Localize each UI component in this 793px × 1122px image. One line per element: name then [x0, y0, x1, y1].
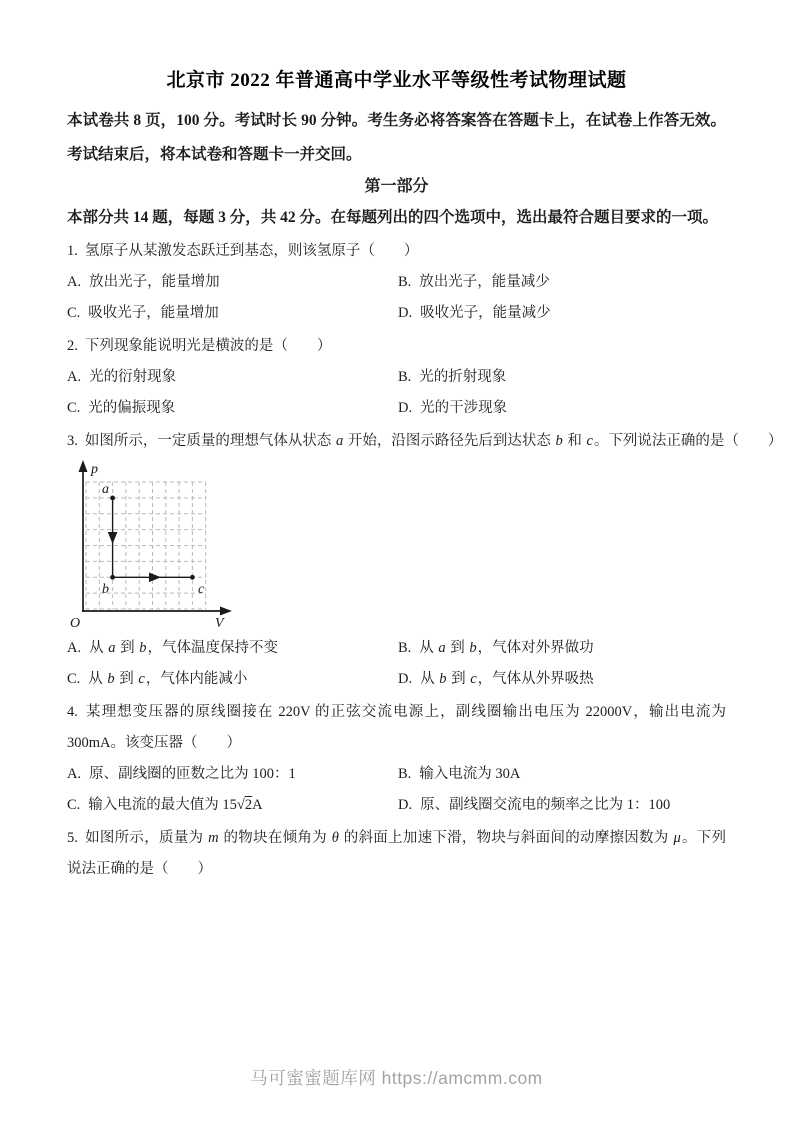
question-2-option-b: B.光的折射现象	[398, 362, 726, 393]
question-4-options: A.原、副线圈的匝数之比为 100：1 B.输入电流为 30A C.输入电流的最…	[67, 759, 726, 821]
question-1-options: A.放出光子，能量增加 B.放出光子，能量减少 C.吸收光子，能量增加 D.吸收…	[67, 267, 726, 329]
pv-point-c	[190, 575, 195, 580]
pv-diagram: p V O a b c	[69, 459, 244, 631]
question-1-stem: 1.氢原子从某激发态跃迁到基态，则该氢原子（ ）	[67, 236, 726, 267]
footer-watermark: 马可蜜蜜题库网 https://amcmm.com	[0, 1066, 793, 1090]
question-2: 2.下列现象能说明光是横波的是（ ） A.光的衍射现象 B.光的折射现象 C.光…	[67, 331, 726, 424]
question-2-text: 下列现象能说明光是横波的是（ ）	[85, 338, 332, 354]
question-3: 3.如图所示，一定质量的理想气体从状态 a 开始，沿图示路径先后到达状态 b 和…	[67, 426, 726, 695]
question-2-option-d: D.光的干涉现象	[398, 393, 726, 424]
question-4-option-d: D.原、副线圈交流电的频率之比为 1：100	[398, 790, 726, 821]
question-1-option-c: C.吸收光子，能量增加	[67, 298, 398, 329]
part-one-description: 本部分共 14 题，每题 3 分，共 42 分。在每题列出的四个选项中，选出最符…	[67, 202, 726, 234]
question-3-option-d: D.从 b 到 c，气体从外界吸热	[398, 664, 726, 695]
question-4-number: 4.	[67, 704, 78, 720]
pv-y-axis-arrow-icon	[79, 460, 88, 472]
question-5-stem: 5.如图所示，质量为 m 的物块在倾角为 θ 的斜面上加速下滑，物块与斜面间的动…	[67, 823, 726, 885]
exam-instructions: 本试卷共 8 页，100 分。考试时长 90 分钟。考生务必将答案答在答题卡上，…	[67, 104, 726, 172]
pv-x-axis-label: V	[215, 616, 225, 631]
pv-point-c-label: c	[198, 582, 205, 597]
question-3-stem: 3.如图所示，一定质量的理想气体从状态 a 开始，沿图示路径先后到达状态 b 和…	[67, 426, 726, 457]
pv-right-arrow-icon	[149, 573, 161, 583]
question-5: 5.如图所示，质量为 m 的物块在倾角为 θ 的斜面上加速下滑，物块与斜面间的动…	[67, 823, 726, 885]
question-3-text: 如图所示，一定质量的理想气体从状态 a 开始，沿图示路径先后到达状态 b 和 c…	[85, 433, 783, 449]
question-3-option-a: A.从 a 到 b，气体温度保持不变	[67, 633, 398, 664]
question-2-stem: 2.下列现象能说明光是横波的是（ ）	[67, 331, 726, 362]
question-3-option-c: C.从 b 到 c，气体内能减小	[67, 664, 398, 695]
question-4-option-c: C.输入电流的最大值为 15√2A	[67, 790, 398, 821]
pv-point-a	[110, 496, 115, 501]
page-title: 北京市 2022 年普通高中学业水平等级性考试物理试题	[67, 66, 726, 96]
pv-point-a-label: a	[102, 482, 109, 497]
question-2-options: A.光的衍射现象 B.光的折射现象 C.光的偏振现象 D.光的干涉现象	[67, 362, 726, 424]
question-4-text: 某理想变压器的原线圈接在 220V 的正弦交流电源上，副线圈输出电压为 2200…	[67, 704, 726, 751]
question-1: 1.氢原子从某激发态跃迁到基态，则该氢原子（ ） A.放出光子，能量增加 B.放…	[67, 236, 726, 329]
question-4-stem: 4.某理想变压器的原线圈接在 220V 的正弦交流电源上，副线圈输出电压为 22…	[67, 697, 726, 759]
question-4-option-a: A.原、副线圈的匝数之比为 100：1	[67, 759, 398, 790]
question-4: 4.某理想变压器的原线圈接在 220V 的正弦交流电源上，副线圈输出电压为 22…	[67, 697, 726, 821]
question-5-number: 5.	[67, 830, 78, 846]
question-3-options: A.从 a 到 b，气体温度保持不变 B.从 a 到 b，气体对外界做功 C.从…	[67, 633, 726, 695]
pv-y-axis-label: p	[90, 462, 98, 477]
part-one-heading: 第一部分	[67, 172, 726, 202]
question-2-option-a: A.光的衍射现象	[67, 362, 398, 393]
question-3-option-b: B.从 a 到 b，气体对外界做功	[398, 633, 726, 664]
pv-point-b	[110, 575, 115, 580]
exam-page: 北京市 2022 年普通高中学业水平等级性考试物理试题 本试卷共 8 页，100…	[0, 0, 793, 885]
question-1-option-b: B.放出光子，能量减少	[398, 267, 726, 298]
pv-diagram-figure: p V O a b c	[69, 459, 726, 631]
pv-origin-label: O	[70, 616, 80, 631]
pv-x-axis-arrow-icon	[220, 607, 232, 616]
question-1-text: 氢原子从某激发态跃迁到基态，则该氢原子（ ）	[85, 243, 419, 259]
question-2-option-c: C.光的偏振现象	[67, 393, 398, 424]
question-2-number: 2.	[67, 338, 78, 354]
question-1-number: 1.	[67, 243, 78, 259]
pv-point-b-label: b	[102, 582, 109, 597]
pv-down-arrow-icon	[108, 532, 118, 544]
question-4-option-b: B.输入电流为 30A	[398, 759, 726, 790]
question-3-number: 3.	[67, 433, 78, 449]
question-1-option-a: A.放出光子，能量增加	[67, 267, 398, 298]
question-5-text: 如图所示，质量为 m 的物块在倾角为 θ 的斜面上加速下滑，物块与斜面间的动摩擦…	[67, 830, 726, 877]
question-1-option-d: D.吸收光子，能量减少	[398, 298, 726, 329]
